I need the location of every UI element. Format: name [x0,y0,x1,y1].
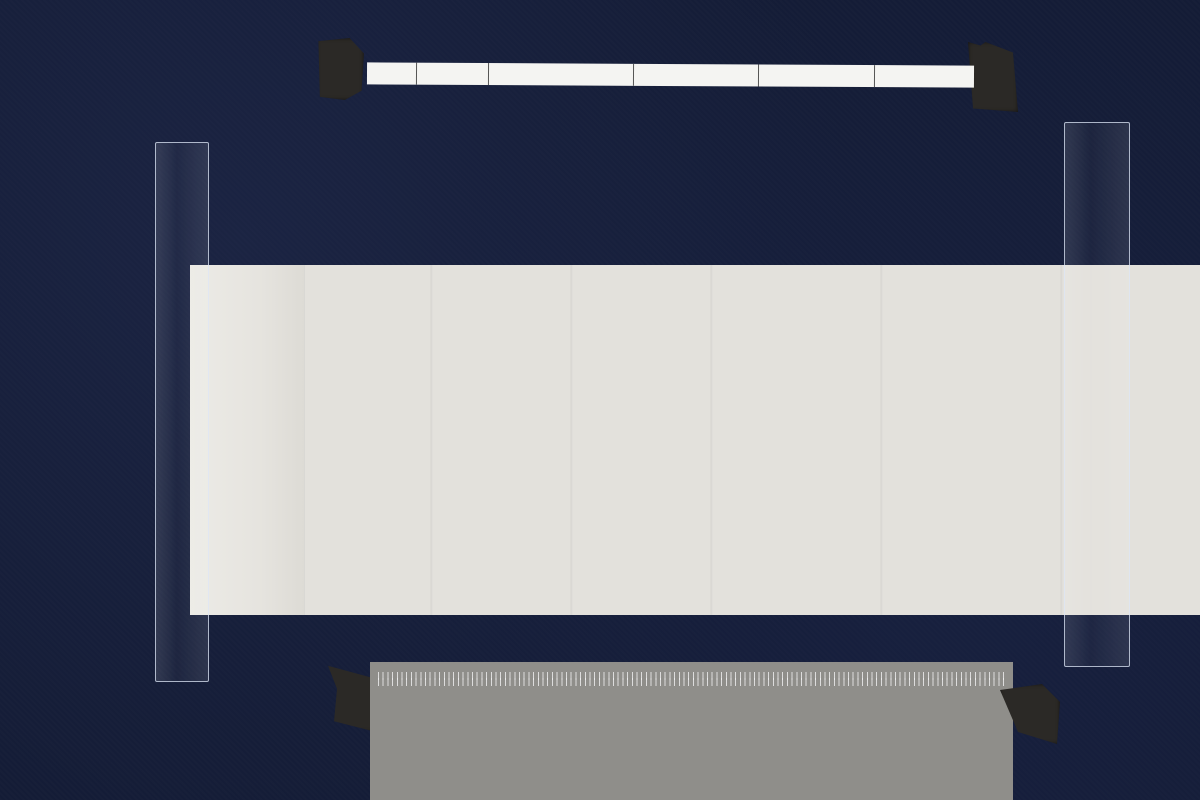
acrylic-weight-left [155,142,209,682]
calligraphy-column [823,264,875,616]
color-patches [370,726,1013,800]
ruler-ticks-cm [378,678,1005,686]
calligraphy-column [358,264,403,616]
catalog-author [489,63,634,86]
acrylic-weight-right [1064,122,1130,667]
catalog-number [367,62,417,84]
calligraphy-column [875,264,927,616]
catalog-label [367,62,974,87]
tape-label-left [316,38,364,100]
calligraphy-text [270,265,1200,615]
catalog-addressee [634,64,759,87]
calligraphy-column [613,264,665,616]
calligraphy-column [1138,264,1190,616]
signature-author [404,264,456,616]
kodak-color-chart [370,662,1013,800]
catalog-size [875,65,974,88]
calligraphy-column [718,264,770,616]
calligraphy-column [771,264,823,616]
calligraphy-column [456,264,508,616]
tape-label-right [968,42,1018,112]
addressee-line [306,264,358,616]
calligraphy-column [561,264,613,616]
letter-paper [190,265,1200,615]
calligraphy-column [509,264,561,616]
addressee-honorific [270,264,306,615]
calligraphy-column [928,264,980,616]
calligraphy-column [980,264,1032,616]
ruler [370,662,1013,706]
calligraphy-column [666,264,718,616]
catalog-format [759,64,875,87]
catalog-type [417,63,489,85]
